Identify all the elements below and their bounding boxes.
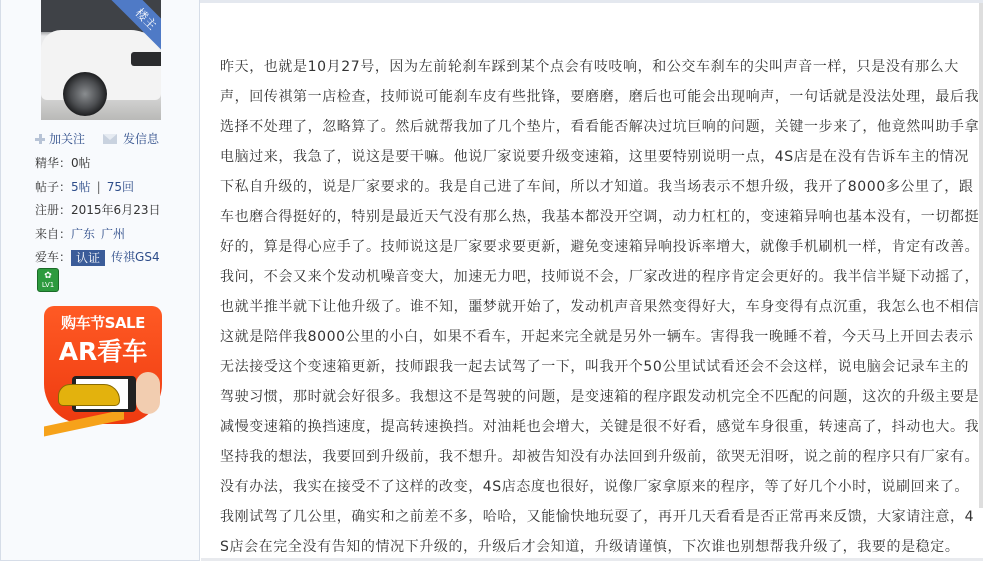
promo-line2: AR看车 [44,332,162,368]
promo-line1: 购车节SALE [44,312,162,333]
essence-row: 精华： 0帖 [35,152,160,176]
essence-value: 0帖 [71,155,91,172]
follow-button[interactable]: 加关注 [35,130,85,147]
car-icon [58,384,120,406]
message-label: 发信息 [123,130,159,147]
post-content: 昨天，也就是10月27号，因为左前轮刹车踩到某个点会有吱吱响，和公交车刹车的尖叫… [201,3,983,561]
plus-icon [35,134,45,144]
avatar[interactable]: 楼主 [41,0,161,120]
car-model-link[interactable]: 传祺GS4 [111,249,160,266]
author-info: 精华： 0帖 帖子： 5帖 | 75回 注册： 2015年6月23日 来自： 广… [35,152,160,270]
follow-label: 加关注 [49,130,85,147]
posts-count-link[interactable]: 5帖 [71,179,91,196]
location-label: 来自： [35,226,71,243]
scrollbar[interactable] [979,3,983,508]
car-row: 爱车： 认证 传祺GS4 [35,246,160,270]
avatar-car-wheel [63,72,107,116]
promo-banner[interactable]: 购车节SALE AR看车 [44,306,162,424]
avatar-car-grille [131,52,161,66]
replies-count-link[interactable]: 75回 [107,179,134,196]
registered-label: 注册： [35,202,71,219]
city-link[interactable]: 广州 [101,226,125,243]
level-label: LV1 [42,281,54,289]
essence-label: 精华： [35,155,71,172]
message-button[interactable]: 发信息 [85,130,159,147]
car-label: 爱车： [35,249,71,266]
verified-badge: 认证 [71,250,105,266]
province-link[interactable]: 广东 [71,226,95,243]
location-row: 来自： 广东 广州 [35,223,160,247]
hand-icon [136,372,160,414]
mail-icon [103,134,117,144]
author-sidebar: 楼主 加关注 发信息 精华： 0帖 帖子： 5帖 | 75回 注册： 2015年… [0,0,200,561]
author-actions: 加关注 发信息 [35,130,159,147]
level-badge: ✿ LV1 [37,268,59,292]
registered-row: 注册： 2015年6月23日 [35,199,160,223]
post-body: 昨天，也就是10月27号，因为左前轮刹车踩到某个点会有吱吱响，和公交车刹车的尖叫… [220,52,980,561]
posts-label: 帖子： [35,179,71,196]
clover-icon: ✿ [38,271,58,281]
posts-row: 帖子： 5帖 | 75回 [35,176,160,200]
registered-value: 2015年6月23日 [71,202,160,219]
posts-separator: | [97,179,101,196]
